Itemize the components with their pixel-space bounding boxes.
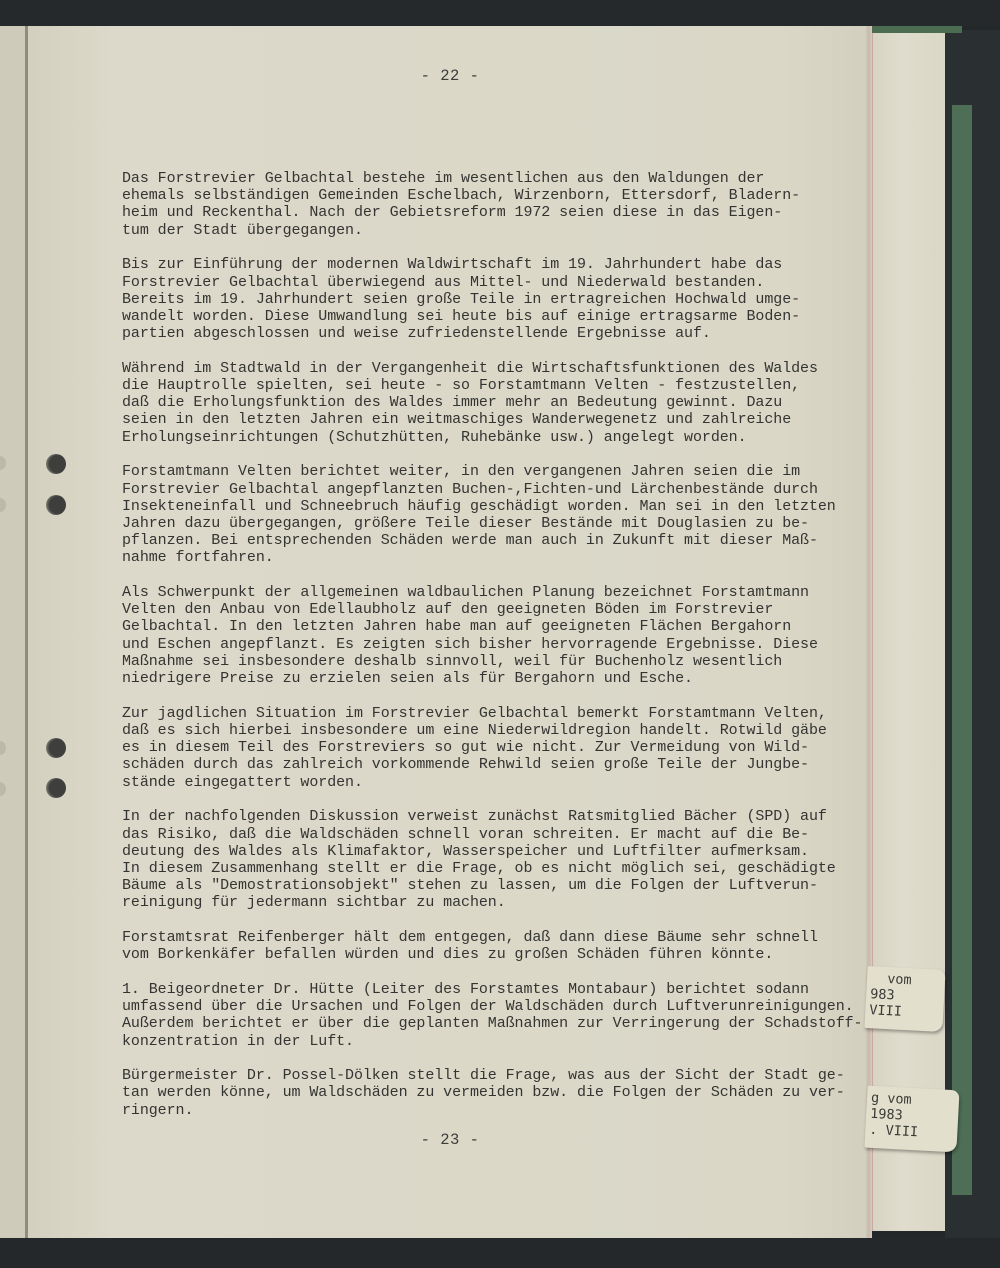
text-line: Forstamtmann Velten berichtet weiter, in… [122, 463, 862, 480]
paragraph: 1. Beigeordneter Dr. Hütte (Leiter des F… [122, 981, 862, 1050]
text-line: es in diesem Teil des Forstreviers so gu… [122, 739, 862, 756]
index-tab[interactable]: g vom1983. VIII [864, 1086, 959, 1153]
binder-green-top [872, 26, 962, 33]
text-line: daß es sich hierbei insbesondere um eine… [122, 722, 862, 739]
paragraph: Als Schwerpunkt der allgemeinen waldbaul… [122, 584, 862, 687]
page-number-top: - 22 - [0, 67, 900, 85]
paragraph: Bis zur Einführung der modernen Waldwirt… [122, 256, 862, 342]
text-line: Bereits im 19. Jahrhundert seien große T… [122, 291, 862, 308]
text-line: Velten den Anbau von Edellaubholz auf de… [122, 601, 862, 618]
text-line: schäden durch das zahlreich vorkommende … [122, 756, 862, 773]
text-line: reinigung für jedermann sichtbar zu mach… [122, 894, 862, 911]
tab-label: VIII [869, 1002, 944, 1022]
punch-hole-icon [46, 495, 66, 515]
punch-hole-icon [46, 454, 66, 474]
text-line: und Eschen angepflanzt. Es zeigten sich … [122, 636, 862, 653]
text-line: Forstrevier Gelbachtal angepflanzten Buc… [122, 481, 862, 498]
binder-top-edge [0, 0, 1000, 27]
text-line: deutung des Waldes als Klimafaktor, Wass… [122, 843, 862, 860]
paragraph: Forstamtsrat Reifenberger hält dem entge… [122, 929, 862, 963]
text-line: Forstamtsrat Reifenberger hält dem entge… [122, 929, 862, 946]
text-line: 1. Beigeordneter Dr. Hütte (Leiter des F… [122, 981, 862, 998]
text-line: vom Borkenkäfer befallen würden und dies… [122, 946, 862, 963]
binder-bottom-edge [0, 1238, 1000, 1268]
paragraph: Forstamtmann Velten berichtet weiter, in… [122, 463, 862, 566]
paragraph: Bürgermeister Dr. Possel-Dölken stellt d… [122, 1067, 862, 1119]
paragraph: In der nachfolgenden Diskussion verweist… [122, 808, 862, 911]
text-line: Während im Stadtwald in der Vergangenhei… [122, 360, 862, 377]
text-line: Maßnahme sei insbesondere deshalb sinnvo… [122, 653, 862, 670]
text-line: seien in den letzten Jahren ein weitmasc… [122, 411, 862, 428]
tab-label: . VIII [869, 1122, 958, 1143]
text-line: partien abgeschlossen und weise zufriede… [122, 325, 862, 342]
paragraph: Während im Stadtwald in der Vergangenhei… [122, 360, 862, 446]
text-line: Bäume als "Demostrationsobjekt" stehen z… [122, 877, 862, 894]
text-line: umfassend über die Ursachen und Folgen d… [122, 998, 862, 1015]
text-line: konzentration in der Luft. [122, 1033, 862, 1050]
text-line: Insekteneinfall und Schneebruch häufig g… [122, 498, 862, 515]
hole-shadow-icon [0, 498, 6, 512]
text-line: ringern. [122, 1102, 862, 1119]
text-line: In der nachfolgenden Diskussion verweist… [122, 808, 862, 825]
hole-shadow-icon [0, 741, 6, 755]
text-line: Bis zur Einführung der modernen Waldwirt… [122, 256, 862, 273]
text-line: tan werden könne, um Waldschäden zu verm… [122, 1084, 862, 1101]
text-line: heim und Reckenthal. Nach der Gebietsref… [122, 204, 862, 221]
text-line: ehemals selbständigen Gemeinden Eschelba… [122, 187, 862, 204]
text-line: wandelt worden. Diese Umwandlung sei heu… [122, 308, 862, 325]
text-line: die Hauptrolle spielten, sei heute - so … [122, 377, 862, 394]
text-line: Jahren dazu übergegangen, größere Teile … [122, 515, 862, 532]
text-line: Erholungseinrichtungen (Schutzhütten, Ru… [122, 429, 862, 446]
text-line: In diesem Zusammenhang stellt er die Fra… [122, 860, 862, 877]
page-edge [866, 26, 872, 1238]
text-line: Forstrevier Gelbachtal überwiegend aus M… [122, 274, 862, 291]
text-line: daß die Erholungsfunktion des Waldes imm… [122, 394, 862, 411]
index-tab[interactable]: vom983VIII [864, 966, 945, 1032]
text-line: Zur jagdlichen Situation im Forstrevier … [122, 705, 862, 722]
text-line: Außerdem berichtet er über die geplanten… [122, 1015, 862, 1032]
hole-shadow-icon [0, 456, 6, 470]
previous-page-edge [0, 26, 26, 1268]
text-line: das Risiko, daß die Waldschäden schnell … [122, 826, 862, 843]
hole-shadow-icon [0, 782, 6, 796]
text-line: Gelbachtal. In den letzten Jahren habe m… [122, 618, 862, 635]
page-stack [872, 33, 945, 1231]
document-body: Das Forstrevier Gelbachtal bestehe im we… [122, 170, 862, 1136]
punch-hole-icon [46, 778, 66, 798]
binder-green-spine [952, 105, 972, 1195]
text-line: stände eingegattert worden. [122, 774, 862, 791]
text-line: niedrigere Preise zu erzielen seien als … [122, 670, 862, 687]
text-line: tum der Stadt übergegangen. [122, 222, 862, 239]
punch-hole-icon [46, 738, 66, 758]
paragraph: Zur jagdlichen Situation im Forstrevier … [122, 705, 862, 791]
text-line: pflanzen. Bei entsprechenden Schäden wer… [122, 532, 862, 549]
paragraph: Das Forstrevier Gelbachtal bestehe im we… [122, 170, 862, 239]
text-line: nahme fortfahren. [122, 549, 862, 566]
text-line: Das Forstrevier Gelbachtal bestehe im we… [122, 170, 862, 187]
text-line: Bürgermeister Dr. Possel-Dölken stellt d… [122, 1067, 862, 1084]
page-number-bottom: - 23 - [0, 1131, 900, 1149]
text-line: Als Schwerpunkt der allgemeinen waldbaul… [122, 584, 862, 601]
